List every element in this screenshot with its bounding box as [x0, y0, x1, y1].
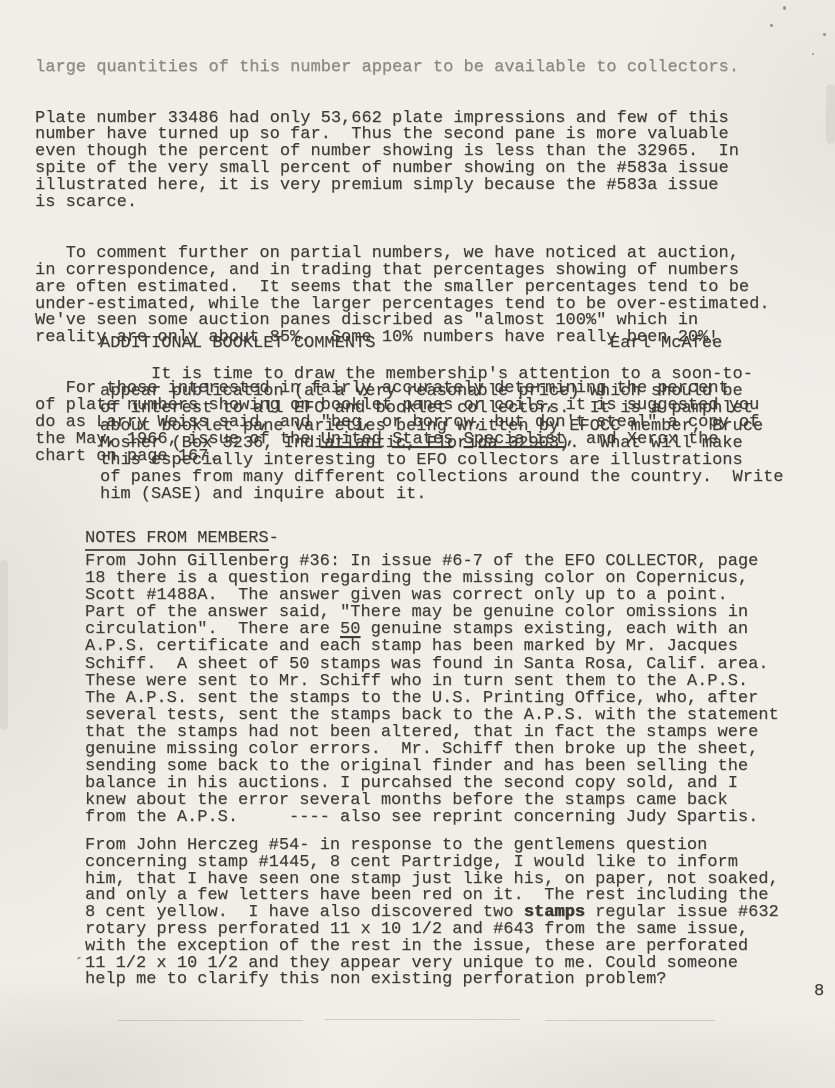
article-paragraph-partial-numbers: To comment further on partial numbers, w…: [35, 246, 770, 347]
scanned-newsletter-page: large quantities of this number appear t…: [0, 0, 835, 1088]
article-paragraph-plate-numbers: Plate number 33486 had only 53,662 plate…: [35, 111, 770, 212]
scan-speck: [783, 6, 786, 10]
heading-suffix-dash: -: [269, 529, 279, 548]
note-text: genuine stamps existing, each with an A.…: [85, 620, 779, 827]
scan-line-artifact: [325, 1019, 520, 1020]
section-heading-row: ADDITIONAL BOOKLET COMMENTS Earl McAfee: [0, 336, 835, 354]
author-byline-earl-mcafee: Earl McAfee: [610, 336, 722, 353]
member-note-herczeg: From John Herczeg #54- in response to th…: [85, 838, 779, 989]
scan-speck: [812, 53, 814, 55]
scan-speck: [823, 33, 826, 36]
section-heading-additional-booklet-comments: ADDITIONAL BOOKLET COMMENTS: [100, 336, 375, 353]
edge-smudge: [826, 84, 835, 144]
scan-speck: [770, 24, 773, 27]
scan-line-artifact: [118, 1020, 303, 1021]
article-continued-faded-line: large quantities of this number appear t…: [35, 60, 770, 77]
heading-underlined-text: NOTES FROM MEMBERS: [85, 529, 269, 551]
stray-tick-mark: [77, 956, 81, 960]
scan-line-artifact: [545, 1020, 715, 1021]
section-heading-notes-from-members: NOTES FROM MEMBERS-: [85, 531, 279, 548]
page-number: 8: [814, 984, 824, 1001]
additional-booklet-comments-body: It is time to draw the membership's atte…: [100, 366, 784, 504]
member-note-gillenberg: From John Gillenberg #36: In issue #6-7 …: [85, 553, 779, 827]
edge-smudge: [0, 560, 8, 730]
